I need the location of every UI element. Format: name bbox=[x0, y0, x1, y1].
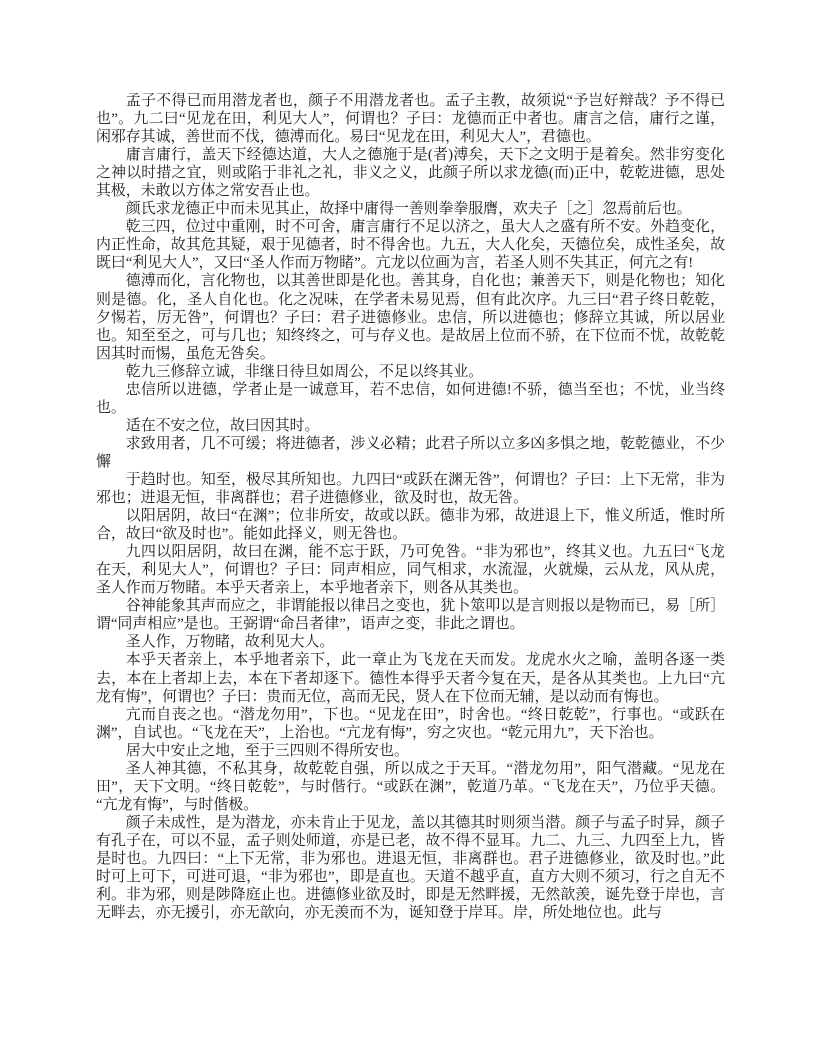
text-block: 孟子不得已而用潜龙者也，颜子不用潜龙者也。孟子主教，故须说“予岂好辩哉？予不得已… bbox=[96, 92, 725, 922]
paragraph-9: 求致用者，几不可缓；将进德者，涉义必精；此君子所以立多凶多惧之地，乾乾德业，不少… bbox=[96, 435, 725, 471]
paragraph-16: 亢而自丧之也。“潜龙勿用”，下也。“见龙在田”，时舍也。“终日乾乾”，行事也。“… bbox=[96, 706, 725, 742]
paragraph-17: 居大中安止之地，至于三四则不得所安也。 bbox=[96, 742, 725, 760]
paragraph-8: 适在不安之位，故曰因其时。 bbox=[96, 417, 725, 435]
paragraph-7: 忠信所以进德，学者止是一诚意耳，若不忠信，如何进德!不骄，德当至也；不忧，业当终… bbox=[96, 381, 725, 417]
paragraph-3: 颜氏求龙德正中而未见其止，故择中庸得一善则拳拳服膺，欢夫子［之］忽焉前后也。 bbox=[96, 200, 725, 218]
paragraph-12: 九四以阳居阴，故曰在渊，能不忘于跃，乃可免咎。“非为邪也”，终其义也。九五曰“飞… bbox=[96, 543, 725, 597]
document-page: 孟子不得已而用潜龙者也，颜子不用潜龙者也。孟子主教，故须说“予岂好辩哉？予不得已… bbox=[0, 0, 816, 1056]
paragraph-19: 颜子未成性，是为潜龙，亦未肯止于见龙，盖以其德其时则须当潜。颜子与孟子时异，颜子… bbox=[96, 814, 725, 922]
paragraph-6: 乾九三修辞立诚，非继日待旦如周公，不足以终其业。 bbox=[96, 363, 725, 381]
paragraph-18: 圣人神其德，不私其身，故乾乾自强，所以成之于天耳。“潜龙勿用”，阳气潜藏。“见龙… bbox=[96, 760, 725, 814]
paragraph-4: 乾三四，位过中重刚，时不可舍，庸言庸行不足以济之，虽大人之盛有所不安。外趋变化，… bbox=[96, 218, 725, 272]
paragraph-14: 圣人作，万物睹，故利见大人。 bbox=[96, 633, 725, 651]
paragraph-10: 于趋时也。知至，极尽其所知也。九四曰“或跃在渊无咎”，何谓也？子曰：上下无常，非… bbox=[96, 471, 725, 507]
paragraph-15: 本乎天者亲上，本乎地者亲下，此一章止为飞龙在天而发。龙虎水火之喻，盖明各逐一类去… bbox=[96, 651, 725, 705]
paragraph-11: 以阳居阴，故曰“在渊”；位非所安，故或以跃。德非为邪，故进退上下，惟义所适，惟时… bbox=[96, 507, 725, 543]
paragraph-1: 孟子不得已而用潜龙者也，颜子不用潜龙者也。孟子主教，故须说“予岂好辩哉？予不得已… bbox=[96, 92, 725, 146]
paragraph-5: 德溥而化，言化物也，以其善世即是化也。善其身，自化也；兼善天下，则是化物也；知化… bbox=[96, 272, 725, 362]
paragraph-2: 庸言庸行，盖天下经德达道，大人之德施于是(者)溥矣，天下之文明于是着矣。然非穷变… bbox=[96, 146, 725, 200]
paragraph-13: 谷神能象其声而应之，非谓能报以律吕之变也，犹卜筮叩以是言则报以是物而已，易［所］… bbox=[96, 597, 725, 633]
